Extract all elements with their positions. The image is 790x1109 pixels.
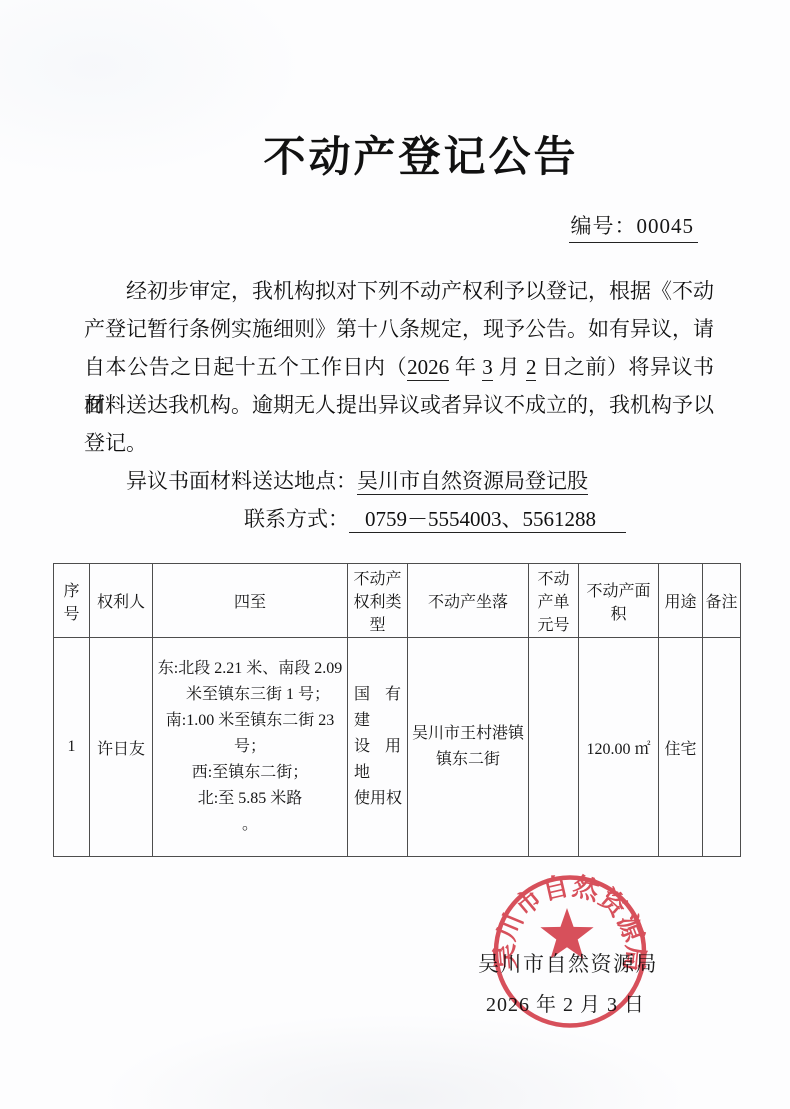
col-header-area: 不动产面积 bbox=[579, 564, 659, 638]
notice-paragraph: 经初步审定，我机构拟对下列不动产权利予以登记，根据《不动 产登记暂行条例实施细则… bbox=[84, 272, 714, 538]
announcement-title: 不动产登记公告 bbox=[26, 124, 790, 184]
cell-holder: 许日友 bbox=[90, 638, 153, 857]
contact-line: 联系方式：0759－5554003、5561288 bbox=[244, 500, 714, 538]
boundary-line: 南:1.00 米至镇东二街 23 号； bbox=[155, 708, 345, 760]
right-type-line: 设用地 bbox=[350, 734, 405, 786]
col-header-boundaries: 四至 bbox=[153, 564, 348, 638]
boundary-line: 。 bbox=[155, 812, 345, 838]
col-header-right-type: 不动产权利类型 bbox=[348, 564, 408, 638]
col-header-usage: 用途 bbox=[659, 564, 703, 638]
issue-date: 2026 年 2 月 3 日 bbox=[486, 988, 645, 1017]
notice-line: 产登记暂行条例实施细则》第十八条规定，现予公告。如有异议，请 bbox=[84, 310, 714, 348]
document-page: 不动产登记公告 编号：00045 经初步审定，我机构拟对下列不动产权利予以登记，… bbox=[0, 0, 790, 1109]
issuing-organization: 吴川市自然资源局 bbox=[478, 948, 658, 978]
cell-location: 吴川市王村港镇 镇东二街 bbox=[408, 638, 529, 857]
notice-line: 自本公告之日起十五个工作日内（2026 年 3 月 2 日之前）将异议书面 bbox=[84, 348, 714, 386]
cell-remark bbox=[703, 638, 741, 857]
notice-line-text: 年 bbox=[449, 355, 482, 379]
delivery-address-label: 异议书面材料送达地点： bbox=[126, 469, 357, 493]
cell-usage: 住宅 bbox=[659, 638, 703, 857]
location-line: 镇东二街 bbox=[410, 747, 526, 773]
col-header-seq: 序号 bbox=[54, 564, 90, 638]
notice-line-text: 自本公告之日起十五个工作日内（ bbox=[84, 355, 407, 379]
notice-line-text: 月 bbox=[493, 355, 526, 379]
cell-unit-no bbox=[529, 638, 579, 857]
registration-table: 序号 权利人 四至 不动产权利类型 不动产坐落 不动产单元号 不动产面积 用途 … bbox=[53, 563, 741, 857]
cell-boundaries: 东:北段 2.21 米、南段 2.09 米至镇东三街 1 号； 南:1.00 米… bbox=[153, 638, 348, 857]
boundary-line: 米至镇东三街 1 号； bbox=[155, 682, 345, 708]
col-header-holder: 权利人 bbox=[90, 564, 153, 638]
delivery-address-value: 吴川市自然资源局登记股 bbox=[357, 469, 588, 495]
col-header-remark: 备注 bbox=[703, 564, 741, 638]
delivery-address-line: 异议书面材料送达地点：吴川市自然资源局登记股 bbox=[84, 462, 714, 500]
col-header-unit-no: 不动产单元号 bbox=[529, 564, 579, 638]
boundary-line: 西:至镇东二街； bbox=[155, 760, 345, 786]
location-line: 吴川市王村港镇 bbox=[410, 721, 526, 747]
notice-line: 材料送达我机构。逾期无人提出异议或者异议不成立的，我机构予以 bbox=[84, 386, 714, 424]
table-row: 1 许日友 东:北段 2.21 米、南段 2.09 米至镇东三街 1 号； 南:… bbox=[54, 638, 741, 857]
notice-line: 登记。 bbox=[84, 424, 714, 462]
cell-right-type: 国有建 设用地 使用权 bbox=[348, 638, 408, 857]
deadline-year: 2026 bbox=[407, 355, 449, 381]
deadline-day: 2 bbox=[526, 355, 537, 381]
cell-area: 120.00 ㎡ bbox=[579, 638, 659, 857]
deadline-month: 3 bbox=[482, 355, 493, 381]
contact-value: 0759－5554003、5561288 bbox=[349, 507, 626, 533]
notice-line: 经初步审定，我机构拟对下列不动产权利予以登记，根据《不动 bbox=[84, 272, 714, 310]
right-type-line: 国有建 bbox=[350, 682, 405, 734]
col-header-location: 不动产坐落 bbox=[408, 564, 529, 638]
contact-label: 联系方式： bbox=[244, 507, 349, 531]
cell-seq: 1 bbox=[54, 638, 90, 857]
boundary-line: 北:至 5.85 米路 bbox=[155, 786, 345, 812]
boundary-line: 东:北段 2.21 米、南段 2.09 bbox=[155, 656, 345, 682]
document-number: 编号：00045 bbox=[569, 210, 699, 243]
table-header-row: 序号 权利人 四至 不动产权利类型 不动产坐落 不动产单元号 不动产面积 用途 … bbox=[54, 564, 741, 638]
right-type-line: 使用权 bbox=[350, 786, 405, 812]
